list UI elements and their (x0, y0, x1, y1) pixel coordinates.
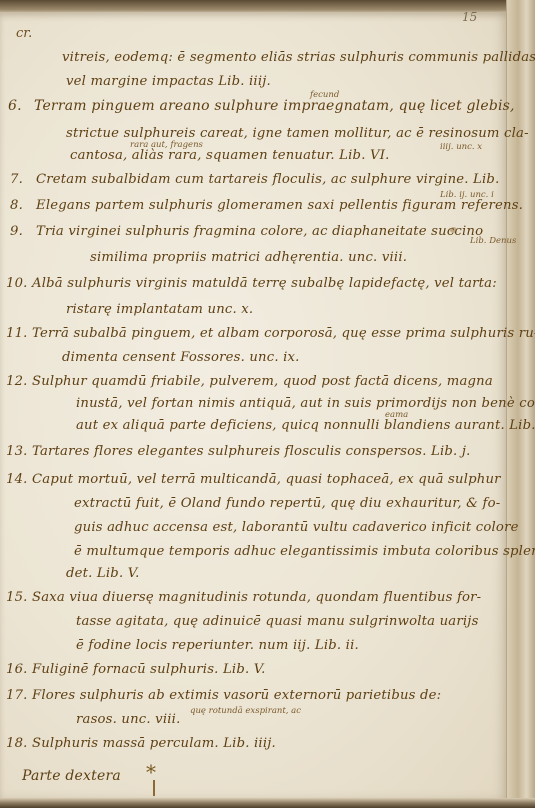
manuscript-line: 17.Flores sulphuris ab extimis vasorū ex… (6, 688, 441, 703)
manuscript-line: 15.Saxa viua diuersę magnitudinis rotund… (6, 590, 481, 605)
manuscript-line: strictue sulphureis careat, igne tamen m… (40, 126, 529, 141)
manuscript-line: 11.Terrā subalbā pinguem, et albam corpo… (6, 326, 535, 341)
manuscript-line: extractū fuit, ē Oland fundo repertū, qu… (48, 496, 500, 511)
top-catchword: cr. (16, 26, 32, 41)
manuscript-line: 14.Caput mortuū, vel terrā multicandā, q… (6, 472, 501, 487)
manuscript-line: similima propriis matrici adhęrentia. un… (64, 250, 407, 265)
asterisk-mark: * (146, 762, 156, 782)
interlinear-note: fecund (310, 90, 339, 100)
manuscript-scan: 15 cr. vitreis, eodemq: ē segmento eliās… (0, 0, 535, 808)
ink-stain (450, 227, 457, 233)
manuscript-line: cantosa, aliàs rara, squamen tenuatur. L… (44, 148, 390, 163)
manuscript-line: guis adhuc accensa est, laborantū vultu … (48, 520, 519, 535)
manuscript-line: 7.Cretam subalbidam cum tartareis flocul… (10, 172, 499, 187)
margin-note: iiij. unc. x (440, 142, 482, 152)
manuscript-line: 9.Tria virginei sulphuris fragmina color… (10, 224, 483, 239)
interlinear-note: rara aut, fragens (130, 140, 203, 150)
manuscript-line: 16.Fuliginē fornacū sulphuris. Lib. V. (6, 662, 266, 677)
folio-number: 15 (462, 10, 477, 24)
manuscript-line: 8.Elegans partem sulphuris glomeramen sa… (10, 198, 523, 213)
manuscript-line: 13.Tartares flores elegantes sulphureis … (6, 444, 471, 459)
page-bottom-edge (0, 798, 535, 808)
manuscript-line: 12.Sulphur quamdū friabile, pulverem, qu… (6, 374, 493, 389)
manuscript-line: 18.Sulphuris massā perculam. Lib. iiij. (6, 736, 276, 751)
margin-note: Lib. ij. unc. i (440, 190, 494, 200)
manuscript-line: 6.Terram pinguem areano sulphure impraeg… (8, 98, 515, 114)
manuscript-line: tasse agitata, quę adinuicē quasi manu s… (50, 614, 479, 629)
manuscript-line: dimenta censent Fossores. unc. ix. (36, 350, 300, 365)
manuscript-line: vitreis, eodemq: ē segmento eliās strias… (36, 50, 535, 65)
manuscript-line: ē multumque temporis adhuc elegantissimi… (48, 544, 535, 559)
manuscript-line: aut ex aliquā parte deficiens, quicq non… (50, 418, 535, 433)
manuscript-line: 10.Albā sulphuris virginis matuldā terrę… (6, 276, 497, 291)
manuscript-line: det. Lib. V. (40, 566, 140, 581)
manuscript-line: inustā, vel fortan nimis antiquā, aut in… (50, 396, 535, 411)
manuscript-line: rasos. unc. viii. (50, 712, 180, 727)
manuscript-line: ē fodine locis reperiunter. num iij. Lib… (50, 638, 359, 653)
manuscript-line: vel margine impactas Lib. iiij. (40, 74, 271, 89)
interlinear-note: Lib. Denus (470, 236, 516, 246)
footer-text: Parte dextera (22, 768, 121, 784)
interlinear-note: quę rotundā exspirant, ac (190, 706, 301, 716)
asterisk-tail (153, 780, 155, 796)
manuscript-line: ristarę implantatam unc. x. (40, 302, 253, 317)
interlinear-note: eama (385, 410, 408, 420)
